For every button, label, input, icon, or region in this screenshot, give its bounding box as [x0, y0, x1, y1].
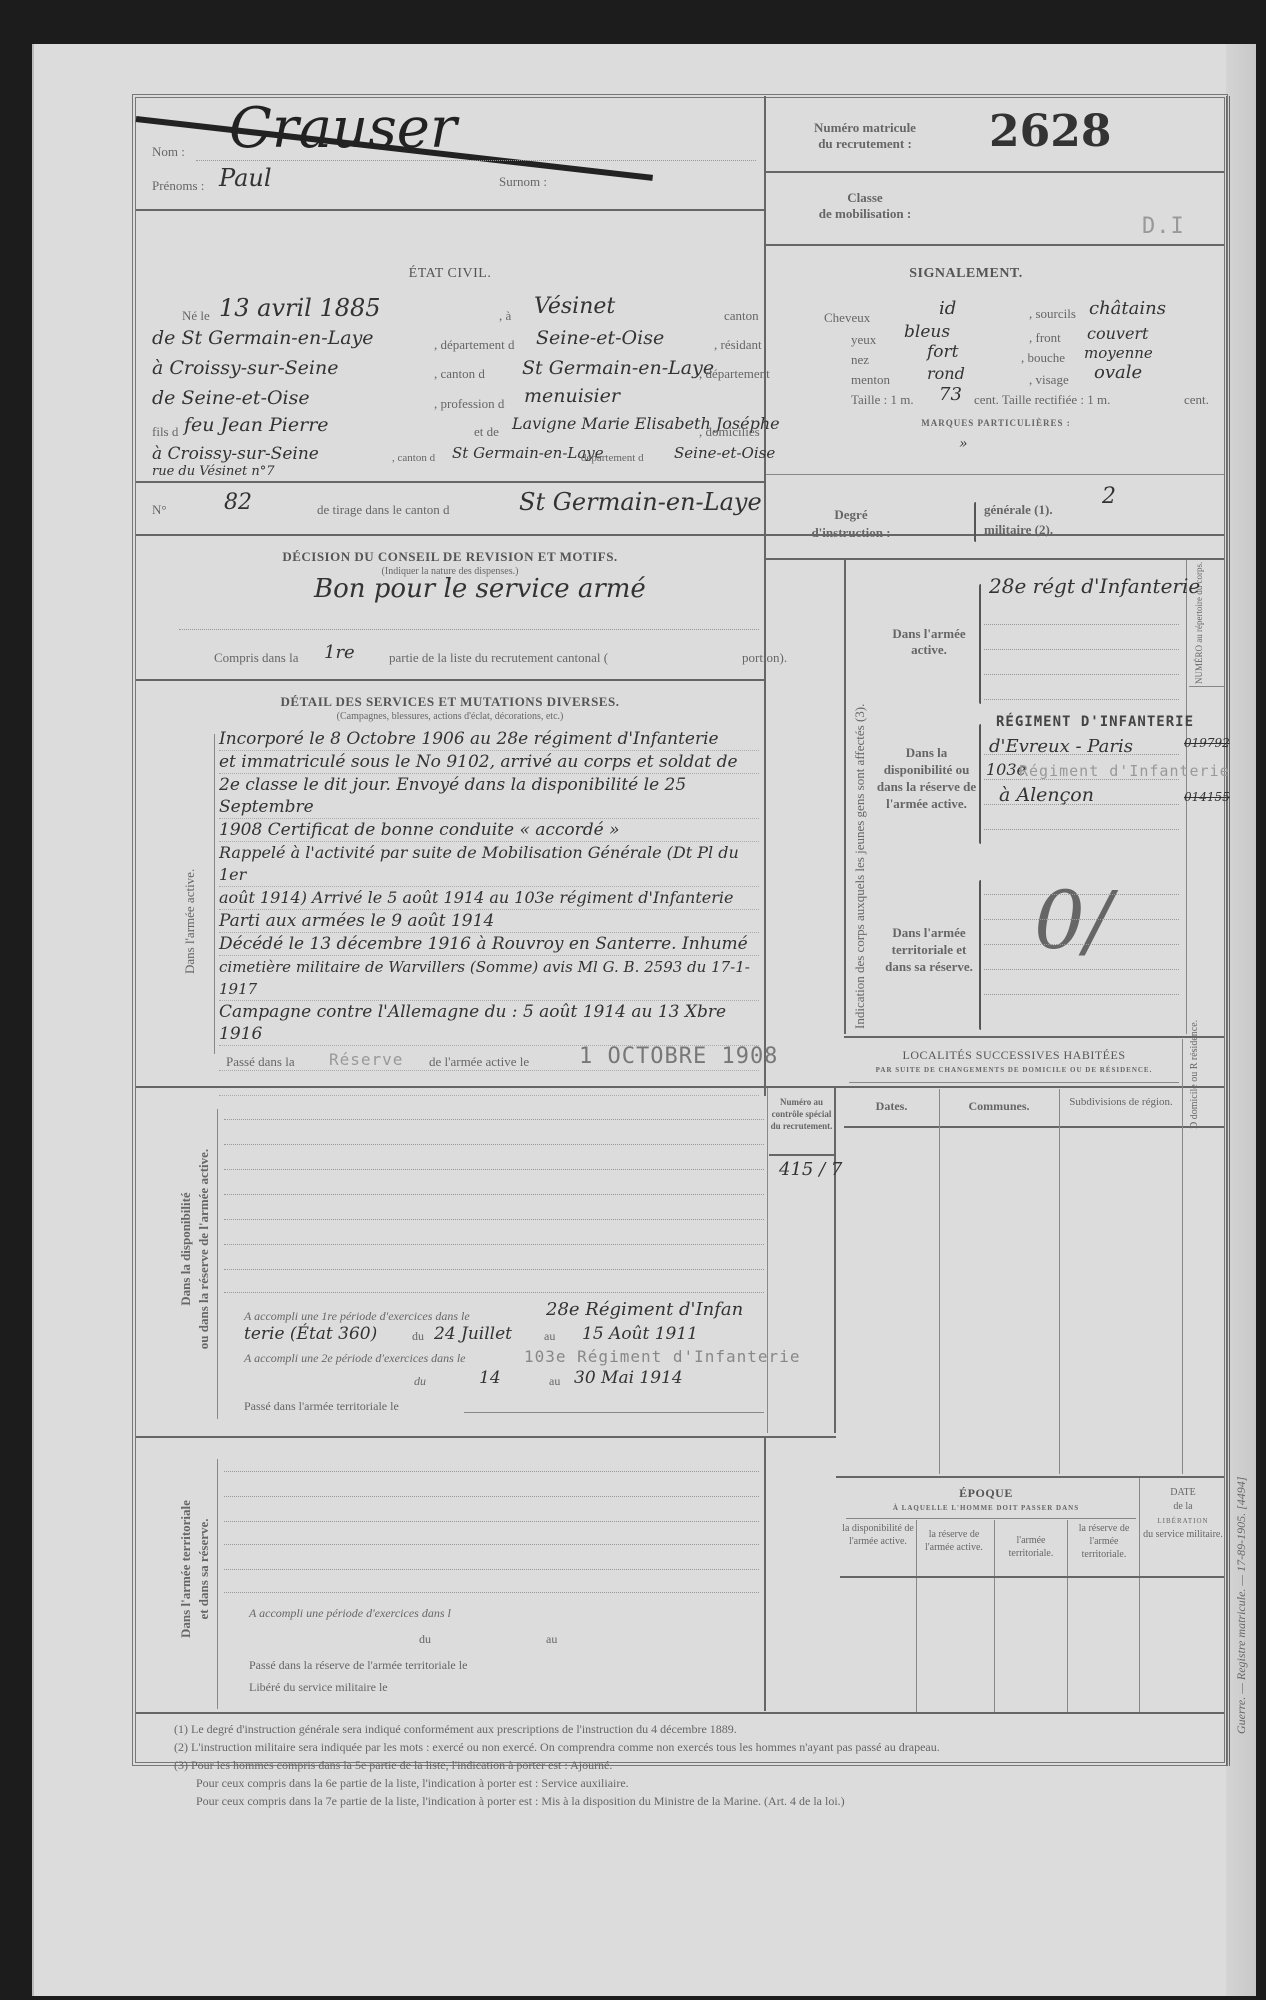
dotted-line [224, 1169, 764, 1170]
service-line: août 1914) Arrivé le 5 août 1914 au 103e… [219, 887, 759, 910]
yeux-value: bleus [904, 322, 950, 342]
canton-value: de St Germain-en-Laye [152, 327, 374, 349]
cheveux-label: Cheveux [824, 310, 870, 326]
footnote: (1) Le degré d'instruction générale sera… [174, 1720, 1214, 1738]
divider [844, 1036, 1224, 1038]
p2-au-value: 30 Mai 1914 [574, 1368, 683, 1388]
prenoms-value: Paul [219, 164, 272, 192]
terr-p-label: A accompli une période d'exercices dans … [249, 1606, 451, 1621]
service-line: Incorporé le 8 Octobre 1906 au 28e régim… [219, 728, 759, 751]
dotted-line [984, 944, 1179, 945]
dispo-line2-stamp: Régiment d'Infanterie [1019, 762, 1230, 780]
dispo-side-label: Dans la disponibilitéou dans la réserve … [177, 1124, 213, 1374]
p2-label: A accompli une 2e période d'exercices da… [244, 1351, 466, 1366]
epoque-col-dispo: la disponibilité de l'armée active. [842, 1522, 914, 1548]
brace [979, 880, 981, 1030]
generale-label: générale (1). [984, 502, 1053, 518]
divider [766, 474, 1224, 475]
epoque-col-reserve-terr: la réserve de l'armée territoriale. [1069, 1522, 1139, 1561]
active-side-label: Dans l'armée active. [182, 869, 198, 974]
bouche-label: , bouche [1021, 350, 1065, 366]
dom-dept-value: Seine-et-Oise [674, 444, 775, 462]
footnote: (3) Pour les hommes compris dans la 5e p… [174, 1756, 1214, 1774]
passe-date: 1 OCTOBRE 1908 [579, 1044, 778, 1069]
divider [136, 481, 764, 483]
prenoms-label: Prénoms : [152, 178, 204, 194]
brace [979, 584, 981, 704]
surnom-label: Surnom : [499, 174, 547, 190]
sourcils-label: , sourcils [1029, 306, 1076, 322]
dotted-line [224, 1521, 759, 1522]
service-line: et immatriculé sous le No 9102, arrivé a… [219, 751, 759, 774]
col-subdivisions: Subdivisions de région. [1062, 1096, 1180, 1109]
dotted-line [224, 1219, 764, 1220]
dom-street: rue du Vésinet n°7 [152, 464, 275, 479]
domicilies-label: , domiciliés [699, 424, 760, 440]
divider [136, 1712, 1224, 1714]
tirage-label: de tirage dans le canton d [317, 502, 449, 518]
nom-label: Nom : [152, 144, 185, 160]
footnote: Pour ceux compris dans la 6e partie de l… [174, 1774, 1214, 1792]
register-page: Crauser Nom : Prénoms : Paul Surnom : Nu… [32, 44, 1256, 1996]
divider [766, 171, 1224, 173]
compris-value: 1re [324, 642, 355, 663]
dotted-line [224, 1592, 759, 1593]
divider [846, 1518, 1136, 1519]
p1-du: du [412, 1329, 424, 1344]
dom-canton-label: , canton d [392, 452, 435, 464]
brace [979, 724, 981, 844]
signalement-title: SIGNALEMENT. [766, 266, 1166, 282]
dispo-num2: 014155 [1184, 790, 1230, 804]
epoque-title: ÉPOQUE [836, 1486, 1136, 1501]
front-label: , front [1029, 330, 1061, 346]
menton-label: menton [851, 372, 890, 388]
taille-rectifiee-label: cent. Taille rectifiée : 1 m. [974, 392, 1110, 408]
canton2-label: , canton d [434, 366, 485, 382]
divider [766, 558, 1224, 560]
dom-dept-label: département d [581, 452, 644, 464]
dispo-num1: 019792 [1184, 736, 1230, 750]
dotted-line [984, 779, 1179, 780]
p1-du-value: 24 Juillet [434, 1324, 512, 1344]
terr-au: au [546, 1632, 557, 1647]
dotted-line [224, 1544, 759, 1545]
localites-subtitle: PAR SUITE DE CHANGEMENTS DE DOMICILE OU … [844, 1066, 1184, 1074]
a-label: , à [499, 308, 511, 324]
dotted-line [224, 1244, 764, 1245]
departement-label: , département d [434, 337, 515, 353]
departement2-label: , département [699, 366, 770, 382]
p2-au: au [549, 1374, 560, 1389]
dotted-line [984, 994, 1179, 995]
divider [1067, 1520, 1068, 1713]
col-dates: Dates. [844, 1099, 939, 1114]
service-line: Parti aux armées le 9 août 1914 [219, 910, 759, 933]
nez-value: fort [927, 342, 959, 362]
bracket-line [214, 734, 215, 1054]
service-line: cimetière militaire de Warvillers (Somme… [219, 956, 759, 1001]
margin-imprint: Guerre. — Registre matricule. — 17-89-19… [1234, 1477, 1249, 1734]
profession-value: menuisier [524, 385, 620, 407]
dotted-line [984, 699, 1179, 700]
terr-label: Dans l'armée territoriale et dans sa rés… [879, 924, 979, 975]
divider [844, 1126, 1224, 1128]
divider [766, 244, 1224, 246]
dotted-line [984, 829, 1179, 830]
taille-value: 73 [939, 384, 962, 405]
divider [764, 1436, 766, 1711]
marques-value: » [959, 436, 968, 452]
divider [136, 1436, 836, 1438]
p1-value-a: 28e Régiment d'Infan [546, 1299, 743, 1320]
epoque-col-territoriale: l'armée territoriale. [996, 1534, 1066, 1560]
dotted-line [224, 1496, 759, 1497]
no-value: 82 [224, 490, 252, 515]
service-line: Campagne contre l'Allemagne du : 5 août … [219, 1001, 759, 1046]
compris-label: Compris dans la [214, 650, 299, 666]
divider [136, 1086, 1224, 1088]
decision-title: DÉCISION DU CONSEIL DE REVISION ET MOTIF… [136, 549, 764, 565]
visage-label: , visage [1029, 372, 1069, 388]
dom-value: à Croissy-sur-Seine [152, 444, 319, 464]
divider [136, 534, 1224, 536]
dotted-line [984, 894, 1179, 895]
passe-label: Passé dans la [226, 1054, 295, 1070]
cent-label: cent. [1184, 392, 1209, 408]
bracket-line [217, 1459, 218, 1709]
passe-rest: de l'armée active le [429, 1054, 529, 1070]
classe-label: Classede mobilisation : [776, 190, 954, 222]
divider [844, 560, 846, 1034]
services-title: DÉTAIL DES SERVICES ET MUTATIONS DIVERSE… [136, 694, 764, 710]
right-rule [1226, 96, 1230, 1766]
divider [136, 679, 764, 681]
instruction-label: Degréd'instruction : [776, 506, 926, 542]
brace [974, 502, 976, 542]
divider [1189, 686, 1224, 687]
dotted-line [224, 1194, 764, 1195]
territoriale-passe-label: Passé dans l'armée territoriale le [244, 1399, 399, 1414]
matricule-value: 2628 [989, 106, 1111, 157]
cheveux-value: id [939, 298, 956, 319]
p1-au: au [544, 1329, 555, 1344]
father-name: feu Jean Pierre [184, 414, 329, 436]
nez-label: nez [851, 352, 869, 368]
dotted-line [984, 674, 1179, 675]
no-label: N° [152, 502, 167, 518]
matricule-label: Numéro matriculedu recrutement : [776, 120, 954, 152]
libere-label: Libéré du service militaire le [249, 1680, 388, 1695]
p1-value-b: terie (État 360) [244, 1324, 377, 1344]
departement-value: Seine-et-Oise [536, 327, 664, 349]
footnote: Pour ceux compris dans la 7e partie de l… [174, 1792, 1214, 1810]
tirage-value: St Germain-en-Laye [519, 488, 762, 516]
terr-du: du [419, 1632, 431, 1647]
footnote: (2) L'instruction militaire sera indiqué… [174, 1738, 1214, 1756]
dispo-stamp: RÉGIMENT D'INFANTERIE [996, 714, 1194, 730]
divider [769, 1154, 834, 1156]
residant-label: , résidant [714, 337, 762, 353]
p1-au-value: 15 Août 1911 [582, 1324, 698, 1344]
terr-side-label: Dans l'armée territorialeet dans sa rése… [177, 1454, 213, 1684]
service-line: 1908 Certificat de bonne conduite « acco… [219, 819, 759, 842]
fils-label: fils d [152, 424, 178, 440]
divider [1139, 1478, 1140, 1713]
ne-le-label: Né le [182, 308, 210, 324]
dispo-line3: à Alençon [999, 784, 1094, 806]
dotted-line [984, 804, 1179, 805]
fill-line [464, 1412, 764, 1413]
residant-value: à Croissy-sur-Seine [152, 357, 338, 379]
nom-line [196, 160, 756, 161]
divider [939, 1089, 940, 1474]
footnotes: (1) Le degré d'instruction générale sera… [174, 1720, 1214, 1810]
divider [1182, 1039, 1183, 1474]
dotted-line [224, 1569, 759, 1570]
sourcils-value: châtains [1089, 298, 1166, 319]
divider [767, 1088, 768, 1433]
visage-value: ovale [1094, 362, 1142, 383]
divider [994, 1520, 995, 1713]
canton-label: canton [724, 308, 759, 324]
divider [849, 1082, 1179, 1083]
corps-side-label: Indication des corps auxquels les jeunes… [852, 704, 868, 1029]
generale-value: 2 [1102, 484, 1116, 509]
numero-controle-label: Numéro au contrôle spécial du recrutemen… [769, 1096, 834, 1132]
front-value: couvert [1087, 324, 1148, 343]
divider [836, 1476, 1224, 1478]
terr-value: 0/ [1034, 874, 1112, 967]
dotted-line [984, 649, 1179, 650]
dotted-line [984, 969, 1179, 970]
marques-title: MARQUES PARTICULIÈRES : [766, 418, 1226, 428]
active-label: Dans l'armée active. [879, 626, 979, 658]
p1-label: A accompli une 1re période d'exercices d… [244, 1309, 470, 1324]
departement2-value: de Seine-et-Oise [152, 387, 310, 409]
epoque-subtitle: À LAQUELLE L'HOMME DOIT PASSER DANS [836, 1504, 1136, 1512]
dotted-line [984, 624, 1179, 625]
epoque-col-reserve-active: la réserve de l'armée active. [918, 1528, 990, 1554]
birth-date: 13 avril 1885 [219, 294, 381, 322]
passe-value: Réserve [329, 1050, 403, 1069]
birth-place: Vésinet [534, 294, 615, 319]
dotted-line [224, 1471, 759, 1472]
localites-title: LOCALITÉS SUCCESSIVES HABITÉES [844, 1048, 1184, 1063]
compris-rest: partie de la liste du recrutement canton… [389, 650, 608, 666]
etat-civil-title: ÉTAT CIVIL. [136, 266, 764, 282]
bracket-line [217, 1109, 218, 1419]
service-line: 2e classe le dit jour. Envoyé dans la di… [219, 774, 759, 819]
divider [1059, 1089, 1060, 1474]
blank-line [219, 1071, 759, 1096]
dotted-line [224, 1292, 764, 1293]
dotted-line [224, 1269, 764, 1270]
service-line: Rappelé à l'activité par suite de Mobili… [219, 842, 759, 887]
dispo-label: Dans la disponibilité ou dans la réserve… [874, 744, 979, 812]
dotted-line [224, 1119, 764, 1120]
terr-reserve-label: Passé dans la réserve de l'armée territo… [249, 1658, 467, 1673]
col-communes: Communes. [939, 1099, 1059, 1114]
p2-du-value: 14 [479, 1368, 501, 1388]
profession-label: , profession d [434, 396, 504, 412]
yeux-label: yeux [851, 332, 876, 348]
dotted-line [224, 1144, 764, 1145]
active-value: 28e régt d'Infanterie [989, 574, 1200, 598]
divider [840, 1576, 1224, 1578]
divider [916, 1520, 917, 1713]
divider [136, 209, 764, 211]
p2-du: du [414, 1374, 426, 1389]
menton-value: rond [927, 364, 965, 383]
numero-controle-value: 415 / 7 [779, 1159, 842, 1180]
divider [764, 96, 766, 1096]
mere-label: et de [474, 424, 499, 440]
dotted-line [179, 629, 759, 630]
decision-value: Bon pour le service armé [314, 574, 646, 604]
portion-label: portion). [742, 650, 787, 666]
bouche-value: moyenne [1084, 344, 1153, 362]
p2-value: 103e Régiment d'Infanterie [524, 1347, 800, 1366]
services-subtitle: (Campagnes, blessures, actions d'éclat, … [136, 711, 764, 722]
date-liberation-label: DATEde laLIBÉRATIONdu service militaire. [1142, 1486, 1224, 1542]
dotted-line [984, 754, 1179, 755]
taille-label: Taille : 1 m. [851, 392, 914, 408]
divider [834, 1088, 836, 1433]
militaire-label: militaire (2). [984, 522, 1053, 538]
col-domicile-residence: D domicile ou R résidence. [1189, 1049, 1200, 1129]
canton2-value: St Germain-en-Laye [522, 357, 714, 379]
services-lines: Incorporé le 8 Octobre 1906 au 28e régim… [219, 728, 759, 1096]
service-line: Décédé le 13 décembre 1916 à Rouvroy en … [219, 933, 759, 956]
dotted-line [984, 919, 1179, 920]
classe-stamp: D.I [1142, 214, 1185, 239]
